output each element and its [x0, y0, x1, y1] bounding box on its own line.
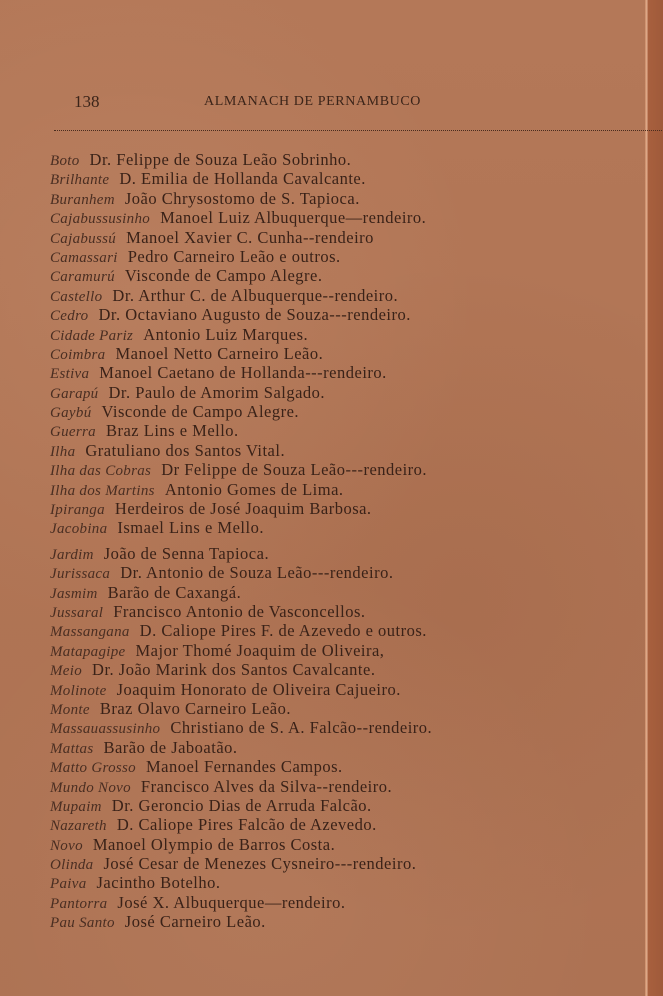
owner-name: D. Emilia de Hollanda Cavalcante. — [119, 169, 366, 188]
list-item: NazarethD. Caliope Pires Falcão de Azeve… — [50, 815, 610, 834]
list-item: MattasBarão de Jaboatão. — [50, 738, 610, 757]
owner-name: Joaquim Honorato de Oliveira Cajueiro. — [117, 680, 401, 699]
list-item: NovoManoel Olympio de Barros Costa. — [50, 835, 610, 854]
place-name: Gaybú — [50, 405, 92, 421]
entry-list: BotoDr. Felippe de Souza Leão Sobrinho. … — [50, 150, 610, 932]
owner-name: João de Senna Tapioca. — [104, 544, 269, 563]
place-name: Novo — [50, 838, 83, 854]
place-name: Brilhante — [50, 172, 109, 188]
list-item: GarapúDr. Paulo de Amorim Salgado. — [50, 383, 610, 402]
place-name: Caramurú — [50, 269, 115, 285]
owner-name: Francisco Antonio de Vasconcellos. — [113, 602, 365, 621]
place-name: Castello — [50, 289, 102, 305]
owner-name: João Chrysostomo de S. Tapioca. — [125, 189, 360, 208]
list-item: CajabussúManoel Xavier C. Cunha--rendeir… — [50, 228, 610, 247]
list-item: IlhaGratuliano dos Santos Vital. — [50, 441, 610, 460]
place-name: Camassari — [50, 250, 118, 266]
list-item: Mundo NovoFrancisco Alves da Silva--rend… — [50, 777, 610, 796]
place-name: Boto — [50, 153, 80, 169]
list-item: CamassariPedro Carneiro Leão e outros. — [50, 247, 610, 266]
list-item: EstivaManoel Caetano de Hollanda---rende… — [50, 363, 610, 382]
place-name: Matto Grosso — [50, 760, 136, 776]
list-item: CoimbraManoel Netto Carneiro Leão. — [50, 344, 610, 363]
place-name: Mattas — [50, 741, 93, 757]
list-item: GaybúVisconde de Campo Alegre. — [50, 402, 610, 421]
owner-name: Gratuliano dos Santos Vital. — [85, 441, 285, 460]
owner-name: Herdeiros de José Joaquim Barbosa. — [115, 499, 372, 518]
list-item: Pau SantoJosé Carneiro Leão. — [50, 912, 610, 931]
place-name: Cajabussusinho — [50, 211, 150, 227]
list-item: CaramurúVisconde de Campo Alegre. — [50, 266, 610, 285]
list-item: Ilha das CobrasDr Felippe de Souza Leão-… — [50, 460, 610, 479]
place-name: Jardim — [50, 547, 94, 563]
place-name: Pau Santo — [50, 915, 115, 931]
list-item: MassauassusinhoChristiano de S. A. Falcã… — [50, 718, 610, 737]
place-name: Jacobina — [50, 521, 107, 537]
place-name: Ilha — [50, 444, 75, 460]
place-name: Cajabussú — [50, 231, 116, 247]
list-item: JacobinaIsmael Lins e Mello. — [50, 518, 610, 537]
page-header: 138 ALMANACH DE PERNAMBUCO — [56, 92, 616, 114]
page-number: 138 — [74, 92, 100, 112]
owner-name: Major Thomé Joaquim de Oliveira, — [136, 641, 385, 660]
list-item: GuerraBraz Lins e Mello. — [50, 421, 610, 440]
place-name: Monte — [50, 702, 90, 718]
owner-name: Dr. Octaviano Augusto de Souza---rendeir… — [98, 305, 410, 324]
list-item: MatapagipeMajor Thomé Joaquim de Oliveir… — [50, 641, 610, 660]
place-name: Buranhem — [50, 192, 115, 208]
place-name: Massangana — [50, 624, 130, 640]
owner-name: Francisco Alves da Silva--rendeiro. — [141, 777, 392, 796]
place-name: Pantorra — [50, 896, 107, 912]
owner-name: José Cesar de Menezes Cysneiro---rendeir… — [103, 854, 416, 873]
list-item: BotoDr. Felippe de Souza Leão Sobrinho. — [50, 150, 610, 169]
owner-name: Visconde de Campo Alegre. — [125, 266, 323, 285]
owner-name: Manoel Xavier C. Cunha--rendeiro — [126, 228, 374, 247]
running-title: ALMANACH DE PERNAMBUCO — [204, 94, 421, 110]
place-name: Ipiranga — [50, 502, 105, 518]
list-item: CastelloDr. Arthur C. de Albuquerque--re… — [50, 286, 610, 305]
place-name: Coimbra — [50, 347, 105, 363]
owner-name: Manoel Caetano de Hollanda---rendeiro. — [99, 363, 386, 382]
owner-name: Dr. João Marink dos Santos Cavalcante. — [92, 660, 375, 679]
list-item: CedroDr. Octaviano Augusto de Souza---re… — [50, 305, 610, 324]
list-item: Ilha dos MartinsAntonio Gomes de Lima. — [50, 480, 610, 499]
place-name: Jussaral — [50, 605, 103, 621]
list-item: MassanganaD. Caliope Pires F. de Azevedo… — [50, 621, 610, 640]
list-item: CajabussusinhoManoel Luiz Albuquerque—re… — [50, 208, 610, 227]
place-name: Garapú — [50, 386, 98, 402]
place-name: Olinda — [50, 857, 93, 873]
page-edge — [645, 0, 663, 996]
owner-name: Dr. Antonio de Souza Leão---rendeiro. — [120, 563, 393, 582]
list-item: Matto GrossoManoel Fernandes Campos. — [50, 757, 610, 776]
list-item: MupaimDr. Geroncio Dias de Arruda Falcão… — [50, 796, 610, 815]
owner-name: José Carneiro Leão. — [125, 912, 266, 931]
place-name: Matapagipe — [50, 644, 126, 660]
place-name: Jasmim — [50, 586, 98, 602]
list-item: Cidade ParizAntonio Luiz Marques. — [50, 325, 610, 344]
place-name: Cedro — [50, 308, 88, 324]
owner-name: Visconde de Campo Alegre. — [102, 402, 300, 421]
owner-name: Manoel Netto Carneiro Leão. — [115, 344, 323, 363]
list-item: JardimJoão de Senna Tapioca. — [50, 544, 610, 563]
owner-name: Dr. Geroncio Dias de Arruda Falcão. — [112, 796, 372, 815]
owner-name: Dr. Paulo de Amorim Salgado. — [108, 383, 325, 402]
place-name: Meio — [50, 663, 82, 679]
place-name: Jurissaca — [50, 566, 110, 582]
place-name: Mupaim — [50, 799, 102, 815]
owner-name: Christiano de S. A. Falcão--rendeiro. — [170, 718, 432, 737]
list-item: PantorraJosé X. Albuquerque—rendeiro. — [50, 893, 610, 912]
owner-name: Jacintho Botelho. — [97, 873, 221, 892]
owner-name: Manoel Olympio de Barros Costa. — [93, 835, 335, 854]
place-name: Paiva — [50, 876, 87, 892]
place-name: Nazareth — [50, 818, 107, 834]
list-item: MeioDr. João Marink dos Santos Cavalcant… — [50, 660, 610, 679]
list-item: BuranhemJoão Chrysostomo de S. Tapioca. — [50, 189, 610, 208]
list-item: MolinoteJoaquim Honorato de Oliveira Caj… — [50, 680, 610, 699]
place-name: Ilha das Cobras — [50, 463, 151, 479]
list-item: JasmimBarão de Caxangá. — [50, 583, 610, 602]
owner-name: Dr. Arthur C. de Albuquerque--rendeiro. — [112, 286, 398, 305]
owner-name: Manoel Fernandes Campos. — [146, 757, 343, 776]
place-name: Molinote — [50, 683, 107, 699]
place-name: Mundo Novo — [50, 780, 131, 796]
owner-name: José X. Albuquerque—rendeiro. — [117, 893, 345, 912]
place-name: Guerra — [50, 424, 96, 440]
list-item: MonteBraz Olavo Carneiro Leão. — [50, 699, 610, 718]
place-name: Massauassusinho — [50, 721, 160, 737]
owner-name: Barão de Jaboatão. — [103, 738, 237, 757]
owner-name: Antonio Luiz Marques. — [143, 325, 308, 344]
owner-name: Ismael Lins e Mello. — [117, 518, 264, 537]
list-item: JurissacaDr. Antonio de Souza Leão---ren… — [50, 563, 610, 582]
owner-name: Braz Olavo Carneiro Leão. — [100, 699, 291, 718]
owner-name: Dr. Felippe de Souza Leão Sobrinho. — [90, 150, 352, 169]
place-name: Ilha dos Martins — [50, 483, 155, 499]
owner-name: D. Caliope Pires F. de Azevedo e outros. — [140, 621, 427, 640]
header-rule — [54, 130, 662, 131]
list-item: BrilhanteD. Emilia de Hollanda Cavalcant… — [50, 169, 610, 188]
place-name: Estiva — [50, 366, 89, 382]
owner-name: Manoel Luiz Albuquerque—rendeiro. — [160, 208, 426, 227]
owner-name: Dr Felippe de Souza Leão---rendeiro. — [161, 460, 427, 479]
owner-name: Braz Lins e Mello. — [106, 421, 239, 440]
owner-name: Pedro Carneiro Leão e outros. — [128, 247, 341, 266]
list-item: PaivaJacintho Botelho. — [50, 873, 610, 892]
owner-name: Barão de Caxangá. — [108, 583, 242, 602]
owner-name: D. Caliope Pires Falcão de Azevedo. — [117, 815, 377, 834]
list-item: IpirangaHerdeiros de José Joaquim Barbos… — [50, 499, 610, 518]
owner-name: Antonio Gomes de Lima. — [165, 480, 344, 499]
place-name: Cidade Pariz — [50, 328, 133, 344]
list-item: OlindaJosé Cesar de Menezes Cysneiro---r… — [50, 854, 610, 873]
list-item: JussaralFrancisco Antonio de Vasconcello… — [50, 602, 610, 621]
